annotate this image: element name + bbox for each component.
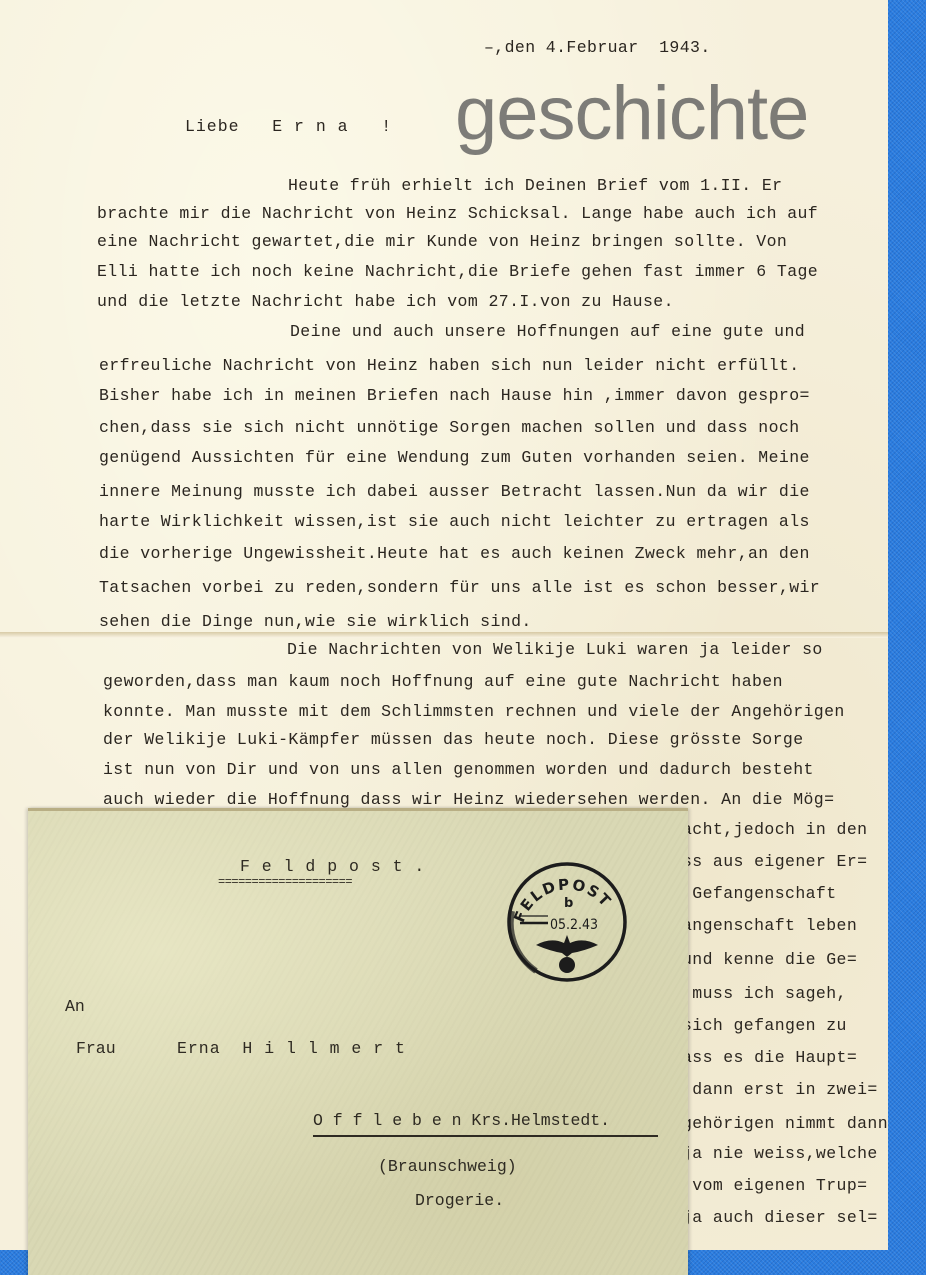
letter-line: eine Nachricht gewartet,die mir Kunde vo… <box>97 232 787 251</box>
feldpost-postmark-icon: FELDPOST b 05.2.43 <box>506 861 628 983</box>
letter-fragment: sich gefangen zu <box>682 1016 847 1035</box>
envelope-region: (Braunschweig) <box>378 1157 517 1176</box>
letter-salutation: Liebe E r n a ! <box>185 117 392 136</box>
letter-fragment: acht,jedoch in den <box>682 820 867 839</box>
letter-line: Tatsachen vorbei zu reden,sondern für un… <box>99 578 820 597</box>
envelope-city: O f f l e b e n Krs.Helmstedt. <box>313 1111 610 1130</box>
envelope-business: Drogerie. <box>415 1191 504 1210</box>
letter-line: Deine und auch unsere Hoffnungen auf ein… <box>290 322 805 341</box>
letter-fragment: und kenne die Ge= <box>682 950 857 969</box>
watermark: geschichte <box>455 70 808 157</box>
letter-fragment: angenschaft leben <box>682 916 857 935</box>
envelope-recipient-title: Frau <box>76 1039 116 1058</box>
letter-line: chen,dass sie sich nicht unnötige Sorgen… <box>99 418 800 437</box>
letter-line: brachte mir die Nachricht von Heinz Schi… <box>97 204 818 223</box>
letter-line: Elli hatte ich noch keine Nachricht,die … <box>97 262 818 281</box>
letter-line: der Welikije Luki-Kämpfer müssen das heu… <box>103 730 804 749</box>
letter-line: genügend Aussichten für eine Wendung zum… <box>99 448 810 467</box>
letter-line: die vorherige Ungewissheit.Heute hat es … <box>99 544 810 563</box>
letter-line: ist nun von Dir und von uns allen genomm… <box>103 760 814 779</box>
letter-fragment: ja nie weiss,welche <box>682 1144 878 1163</box>
letter-date: –,den 4.Februar 1943. <box>484 38 711 57</box>
letter-line: innere Meinung musste ich dabei ausser B… <box>99 482 810 501</box>
envelope-header-rule: ==================== <box>218 875 352 889</box>
feldpost-envelope: F e l d p o s t . ==================== F… <box>28 808 688 1275</box>
city-underline <box>313 1135 658 1137</box>
letter-fragment: vom eigenen Trup= <box>682 1176 867 1195</box>
letter-fragment: dann erst in zwei= <box>682 1080 878 1099</box>
letter-line: Heute früh erhielt ich Deinen Brief vom … <box>288 176 782 195</box>
letter-fragment: ss aus eigener Er= <box>682 852 867 871</box>
letter-line: erfreuliche Nachricht von Heinz haben si… <box>99 356 800 375</box>
letter-line: sehen die Dinge nun,wie sie wirklich sin… <box>99 612 532 631</box>
envelope-header: F e l d p o s t . <box>240 857 425 876</box>
postmark-letter: b <box>564 896 573 911</box>
letter-line: auch wieder die Hoffnung dass wir Heinz … <box>103 790 834 809</box>
letter-line: Die Nachrichten von Welikije Luki waren … <box>287 640 823 659</box>
letter-fragment: gehörigen nimmt dann <box>682 1114 888 1133</box>
letter-line: konnte. Man musste mit dem Schlimmsten r… <box>103 702 845 721</box>
letter-fragment: ja auch dieser sel= <box>682 1208 878 1227</box>
paper-fold <box>0 632 888 638</box>
letter-line: und die letzte Nachricht habe ich vom 27… <box>97 292 674 311</box>
envelope-to-label: An <box>65 997 85 1016</box>
letter-line: Bisher habe ich in meinen Briefen nach H… <box>99 386 810 405</box>
letter-fragment: muss ich sageh, <box>682 984 847 1003</box>
letter-fragment: ass es die Haupt= <box>682 1048 857 1067</box>
postmark-date: 05.2.43 <box>550 917 598 933</box>
envelope-recipient-name: Erna H i l l m e r t <box>177 1039 406 1058</box>
letter-line: geworden,dass man kaum noch Hoffnung auf… <box>103 672 783 691</box>
letter-line: harte Wirklichkeit wissen,ist sie auch n… <box>99 512 810 531</box>
letter-fragment: Gefangenschaft <box>682 884 837 903</box>
